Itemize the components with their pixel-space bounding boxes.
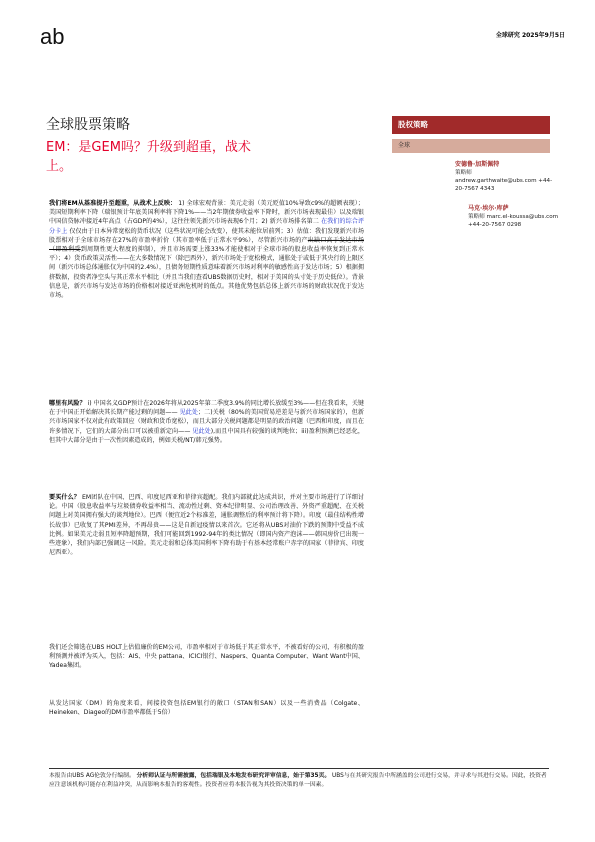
footer-divider — [49, 768, 549, 769]
analyst-name: 马克·埃尔·库萨 — [468, 205, 566, 213]
header-date-line: 全球研究 2025年9月5日 — [496, 30, 565, 39]
paragraph-risks: 哪里有风险？ i) 中国名义GDP预计在2026年将从2025年第二季度3.9%… — [49, 399, 364, 445]
see-here-link[interactable]: 见此处 — [192, 428, 210, 435]
footer-text: 本报告由UBS AG伦敦分行编制。 — [49, 773, 137, 779]
disclaimer-footer: 本报告由UBS AG伦敦分行编制。 分析师认证与所需披露，包括瑞银及本地发布研究… — [49, 772, 549, 789]
see-here-link[interactable]: 见此处 — [180, 409, 198, 416]
analyst-card: 马克·埃尔·库萨 策略师 marc.el-koussa@ubs.com +44-… — [468, 205, 566, 229]
analyst-card: 安德鲁·加斯佩特 策略师 andrew.garthwaite@ubs.com +… — [455, 161, 555, 193]
paragraph-lead: 哪里有风险？ — [49, 400, 86, 407]
paragraph-stock-screen: 我们还会筛选在UBS HOLT上估值廉价的EM公司，市盈率相对于市场低于其正常水… — [49, 643, 364, 671]
document-title: 全球股票策略 — [46, 114, 130, 134]
footer-disclosure-bold: 分析师认证与所需披露，包括瑞银及本地发布研究评审信息，始于第35页。 — [137, 773, 331, 779]
analyst-contact[interactable]: 策略师 marc.el-koussa@ubs.com +44-20-7567 0… — [468, 213, 566, 229]
category-banner: 股权策略 — [392, 116, 550, 134]
ubs-logo: ab — [40, 24, 64, 50]
analyst-contact[interactable]: 策略师 andrew.garthwaite@ubs.com +44-20-756… — [455, 169, 555, 193]
paragraph-thesis: 我们将EM从基准提升至超重，从战术上反映： 1) 全球宏观背景：美元走弱（美元贬… — [49, 199, 364, 300]
paragraph-lead: 我们将EM从基准提升至超重，从战术上反映： — [49, 200, 176, 207]
paragraph-dm-exposure: 从发达国家（DM）的角度来看，间接投资包括EM银行的敞口（STAN和SAN）以及… — [49, 699, 364, 717]
paragraph-what-to-buy: 要买什么？ EM团队在中国、巴西、印度尼西亚和菲律宾超配。我们内部就此达成共识，… — [49, 493, 364, 557]
paragraph-text: 到周期性更大程度的抑制），并且市场需要上涨33%才能使相对于全球市场的股息收益率… — [49, 246, 364, 299]
region-banner: 全球 — [392, 139, 550, 153]
analyst-name: 安德鲁·加斯佩特 — [455, 161, 555, 169]
paragraph-text: EM团队在中国、巴西、印度尼西亚和菲律宾超配。我们内部就此达成共识，并对主要市场… — [49, 494, 364, 556]
paragraph-lead: 要买什么？ — [49, 494, 80, 501]
document-subtitle: EM：是GEM吗？升级到超重，战术上。 — [46, 138, 266, 176]
